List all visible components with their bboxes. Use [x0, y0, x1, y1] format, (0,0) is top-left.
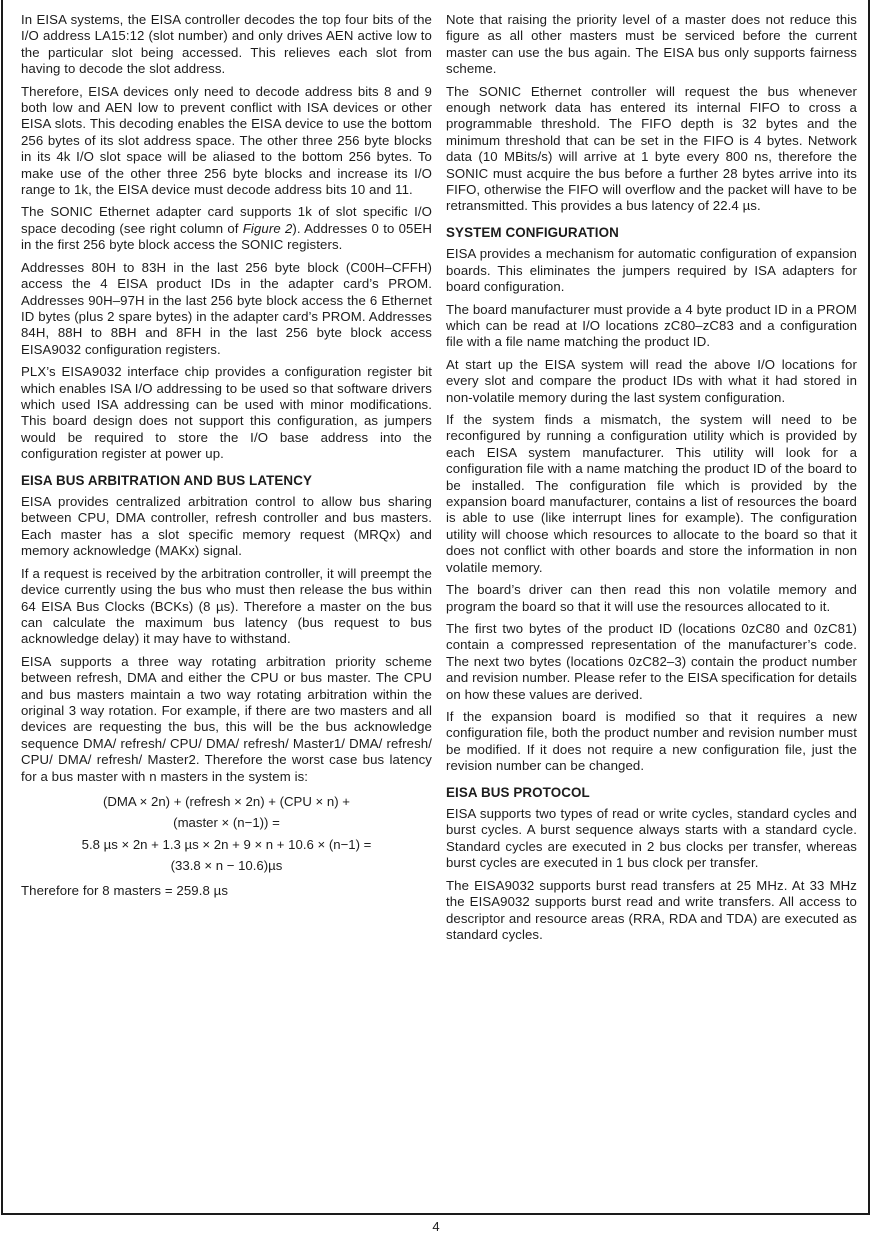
section-heading: EISA BUS PROTOCOL — [446, 785, 857, 802]
formula-line: (master × (n−1)) = — [21, 812, 432, 834]
formula-block: (DMA × 2n) + (refresh × 2n) + (CPU × n) … — [21, 791, 432, 877]
section-heading: EISA BUS ARBITRATION AND BUS LATENCY — [21, 473, 432, 490]
figure-reference: Figure 2 — [243, 221, 293, 236]
section-heading: SYSTEM CONFIGURATION — [446, 225, 857, 242]
right-column: Note that raising the priority level of … — [446, 12, 857, 949]
paragraph: The board manufacturer must provide a 4 … — [446, 302, 857, 351]
paragraph: The first two bytes of the product ID (l… — [446, 621, 857, 703]
paragraph: If the expansion board is modified so th… — [446, 709, 857, 775]
paragraph: The EISA9032 supports burst read transfe… — [446, 878, 857, 944]
paragraph: In EISA systems, the EISA controller dec… — [21, 12, 432, 78]
left-column: In EISA systems, the EISA controller dec… — [21, 12, 432, 949]
formula-line: 5.8 µs × 2n + 1.3 µs × 2n + 9 × n + 10.6… — [21, 834, 432, 856]
paragraph: PLX’s EISA9032 interface chip provides a… — [21, 364, 432, 462]
paragraph: EISA provides a mechanism for automatic … — [446, 246, 857, 295]
paragraph: At start up the EISA system will read th… — [446, 357, 857, 406]
paragraph: EISA supports a three way rotating arbit… — [21, 654, 432, 785]
paragraph: EISA supports two types of read or write… — [446, 806, 857, 872]
paragraph: The SONIC Ethernet controller will reque… — [446, 84, 857, 215]
formula-line: (33.8 × n − 10.6)µs — [21, 855, 432, 877]
paragraph: Note that raising the priority level of … — [446, 12, 857, 78]
paragraph: EISA provides centralized arbitration co… — [21, 494, 432, 560]
paragraph: Therefore, EISA devices only need to dec… — [21, 84, 432, 199]
formula-result: Therefore for 8 masters = 259.8 µs — [21, 883, 432, 899]
paragraph: Addresses 80H to 83H in the last 256 byt… — [21, 260, 432, 358]
paragraph: The SONIC Ethernet adapter card supports… — [21, 204, 432, 253]
paragraph: If the system finds a mismatch, the syst… — [446, 412, 857, 576]
page-content: In EISA systems, the EISA controller dec… — [21, 12, 857, 949]
paragraph: The board’s driver can then read this no… — [446, 582, 857, 615]
page-number: 4 — [0, 1219, 872, 1234]
paragraph: If a request is received by the arbitrat… — [21, 566, 432, 648]
formula-line: (DMA × 2n) + (refresh × 2n) + (CPU × n) … — [21, 791, 432, 813]
